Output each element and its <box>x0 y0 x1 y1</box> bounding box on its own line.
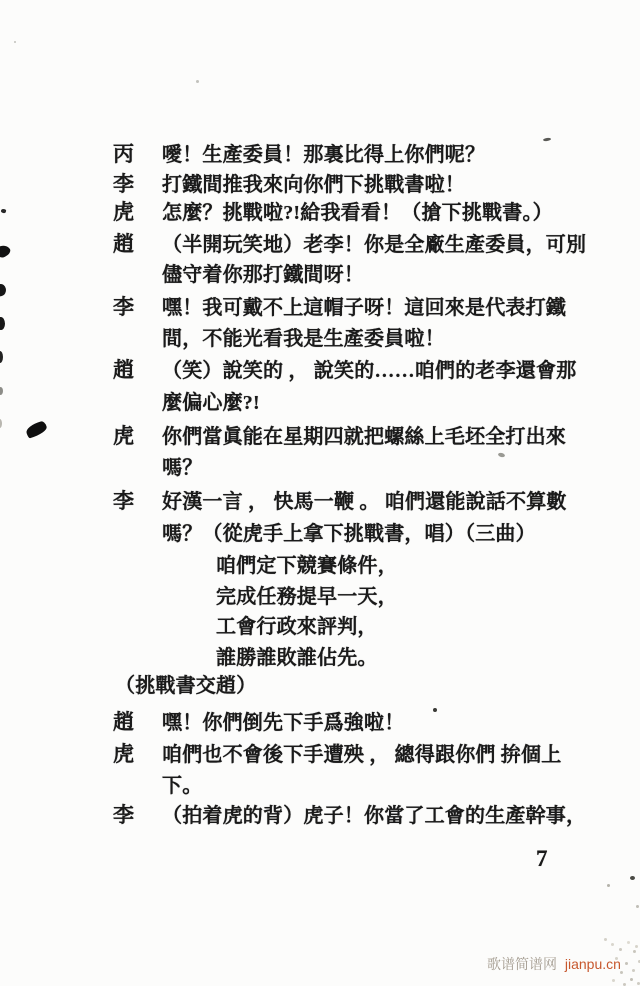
script-line: 李嘿！我可戴不上這帽子呀！這回來是代表打鐵 <box>0 291 640 318</box>
watermark-site-name: 歌谱简谱网 <box>487 956 557 972</box>
script-line: 咱們定下競賽條件， <box>0 549 640 576</box>
line-text: 噯！生產委員！那裏比得上你們呢？ <box>162 138 485 167</box>
page-number: 7 <box>536 846 548 872</box>
line-text: 間，不能光看我是生產委員啦！ <box>162 322 445 351</box>
scan-speck <box>433 708 437 712</box>
speaker-label: 虎 <box>113 738 134 768</box>
script-line: 嗎？（從虎手上拿下挑戰書，唱）（三曲） <box>0 517 640 544</box>
script-line: 李打鐵間推我來向你們下挑戰書啦！ <box>0 168 640 195</box>
script-line: 李（拍着虎的背）虎子！你當了工會的生產幹事， <box>0 799 640 826</box>
speaker-label: 李 <box>113 485 134 515</box>
line-text: 打鐵間推我來向你們下挑戰書啦！ <box>162 168 465 197</box>
line-text: 好漢一言 ， 快馬一鞭 。 咱們還能說話不算數 <box>162 485 567 514</box>
script-line: 虎你們當眞能在星期四就把螺絲上毛坯全打出來 <box>0 420 640 447</box>
script-line: 下。 <box>0 769 640 796</box>
scan-speck <box>14 41 16 43</box>
line-text: （拍着虎的背）虎子！你當了工會的生產幹事， <box>162 799 586 828</box>
line-text: 儘守着你那打鐵間呀！ <box>162 258 364 287</box>
script-line: 間，不能光看我是生產委員啦！ <box>0 322 640 349</box>
scan-noise-cluster <box>604 938 607 941</box>
script-line: 虎怎麼？挑戰啦?!給我看看！（搶下挑戰書。） <box>0 196 640 223</box>
line-text: 麼偏心麼?! <box>162 386 260 415</box>
script-line: 李好漢一言 ， 快馬一鞭 。 咱們還能說話不算數 <box>0 485 640 512</box>
speaker-label: 李 <box>113 168 134 198</box>
script-line: 麼偏心麼?! <box>0 386 640 413</box>
line-text: 嘿！我可戴不上這帽子呀！這回來是代表打鐵 <box>162 291 566 320</box>
script-line: 趙嘿！你們倒先下手爲強啦！ <box>0 706 640 733</box>
line-text: （挑戰書交趙） <box>115 669 256 698</box>
scan-speck <box>196 80 199 83</box>
script-line: 工會行政來評判， <box>0 610 640 637</box>
line-text: 咱們定下競賽條件， <box>216 549 398 578</box>
script-line: （挑戰書交趙） <box>0 669 640 696</box>
speaker-label: 丙 <box>113 138 134 168</box>
line-text: 你們當眞能在星期四就把螺絲上毛坯全打出來 <box>162 420 566 449</box>
script-line: 儘守着你那打鐵間呀！ <box>0 258 640 285</box>
line-text: （笑）說笑的 ， 說笑的……咱們的老李還會那 <box>162 354 576 383</box>
line-text: 完成任務提早一天， <box>216 580 398 609</box>
line-text: （半開玩笑地）老李！你是全廠生產委員，可別 <box>162 228 586 257</box>
line-text: 怎麼？挑戰啦?!給我看看！（搶下挑戰書。） <box>162 196 553 225</box>
script-line: 趙（半開玩笑地）老李！你是全廠生產委員，可別 <box>0 228 640 255</box>
line-text: 工會行政來評判， <box>216 610 378 639</box>
script-line: 嗎？ <box>0 451 640 478</box>
line-text: 嗎？ <box>162 451 202 480</box>
watermark: 歌谱简谱网 jianpu.cn <box>487 954 621 974</box>
script-line: 完成任務提早一天， <box>0 580 640 607</box>
watermark-site-url: jianpu.cn <box>565 956 621 972</box>
speaker-label: 李 <box>113 291 134 321</box>
speaker-label: 趙 <box>113 228 134 258</box>
script-line: 丙噯！生產委員！那裏比得上你們呢？ <box>0 138 640 165</box>
line-text: 嗎？（從虎手上拿下挑戰書，唱）（三曲） <box>162 517 536 546</box>
speaker-label: 虎 <box>113 196 134 226</box>
script-line: 誰勝誰敗誰佔先。 <box>0 641 640 668</box>
script-line: 虎咱們也不會後下手遭殃 ， 總得跟你們 拚個上 <box>0 738 640 765</box>
speaker-label: 趙 <box>113 354 134 384</box>
scan-speck <box>636 905 639 908</box>
line-text: 下。 <box>162 769 202 798</box>
script-line: 趙（笑）說笑的 ， 說笑的……咱們的老李還會那 <box>0 354 640 381</box>
scan-speck <box>607 884 610 887</box>
speaker-label: 趙 <box>113 706 134 736</box>
speaker-label: 李 <box>113 799 134 829</box>
speaker-label: 虎 <box>113 420 134 450</box>
line-text: 咱們也不會後下手遭殃 ， 總得跟你們 拚個上 <box>162 738 561 767</box>
scanned-script-page: 丙噯！生產委員！那裏比得上你們呢？李打鐵間推我來向你們下挑戰書啦！虎怎麼？挑戰啦… <box>0 0 640 986</box>
line-text: 嘿！你們倒先下手爲強啦！ <box>162 706 404 735</box>
scan-speck <box>630 876 635 880</box>
line-text: 誰勝誰敗誰佔先。 <box>216 641 378 670</box>
